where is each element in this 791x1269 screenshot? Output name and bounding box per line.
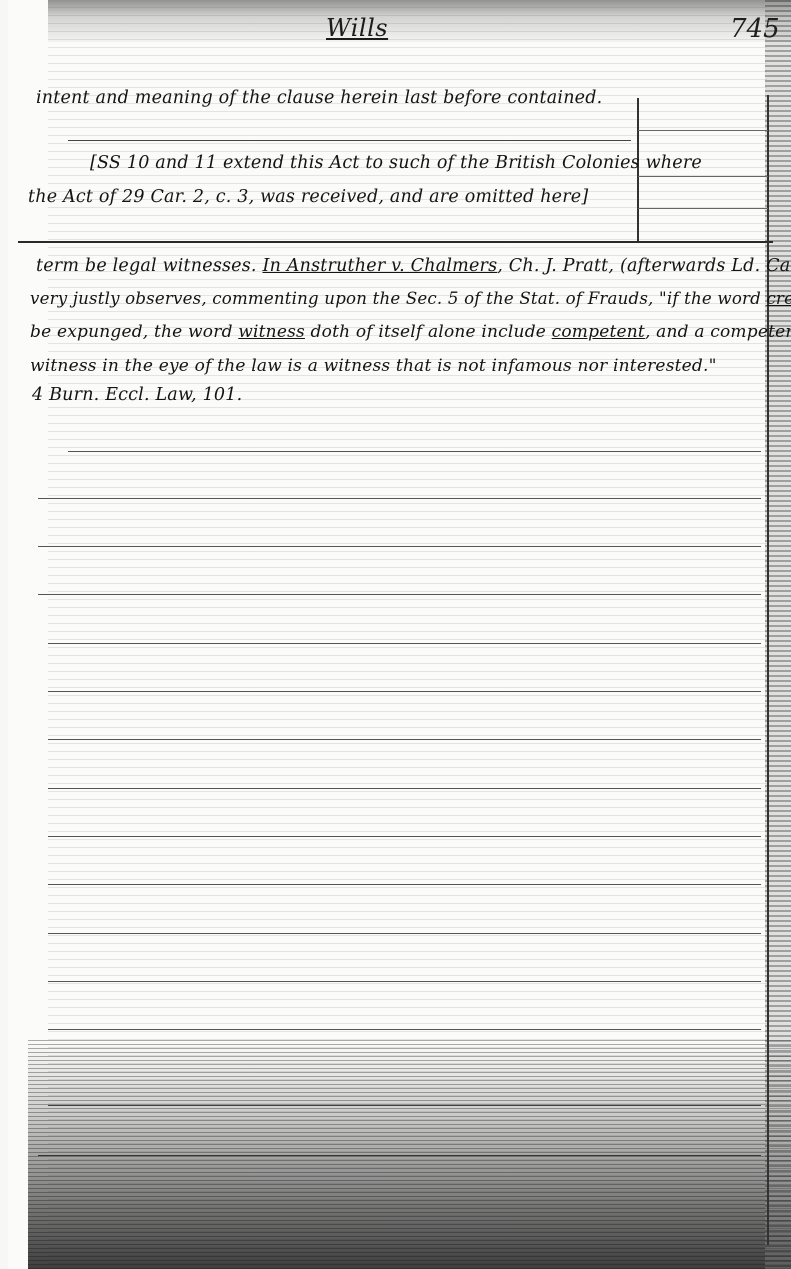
ruled-line bbox=[48, 981, 761, 982]
page-number: 745 bbox=[730, 14, 780, 44]
text-run: be expunged, the word bbox=[30, 322, 238, 342]
citation-line: 4 Burn. Eccl. Law, 101. bbox=[32, 385, 242, 405]
commentary-line: be expunged, the word witness doth of it… bbox=[30, 322, 791, 342]
text-run: , and a competent bbox=[645, 322, 791, 342]
ruled-line bbox=[48, 739, 761, 740]
emphasized-word: credible bbox=[766, 289, 791, 308]
section-divider bbox=[18, 241, 773, 243]
manuscript-page: Wills 745 intent and meaning of the clau… bbox=[8, 0, 791, 1269]
scan-noise-right-edge bbox=[765, 0, 791, 1269]
margin-ruled-line bbox=[638, 208, 768, 209]
ruled-line bbox=[68, 140, 631, 141]
page-header-title: Wills bbox=[326, 14, 388, 42]
ruled-line bbox=[48, 1029, 761, 1030]
margin-ruled-line bbox=[638, 176, 768, 177]
ruled-line bbox=[48, 788, 761, 789]
text-run: term be legal witnesses. bbox=[36, 256, 262, 276]
ruled-line bbox=[48, 1105, 761, 1106]
ruled-line bbox=[48, 884, 761, 885]
commentary-line: very justly observes, commenting upon th… bbox=[30, 289, 791, 308]
ruled-line bbox=[38, 546, 761, 547]
commentary-line: term be legal witnesses. In Anstruther v… bbox=[36, 256, 791, 276]
text-run: , Ch. J. Pratt, (afterwards Ld. Camden) bbox=[497, 256, 791, 276]
text-run: very justly observes, commenting upon th… bbox=[30, 289, 766, 308]
editorial-note-line: [SS 10 and 11 extend this Act to such of… bbox=[90, 153, 702, 173]
text-line: intent and meaning of the clause herein … bbox=[36, 88, 602, 108]
text-run: 4 Burn. Eccl. Law, 101. bbox=[32, 385, 242, 405]
ruled-line bbox=[68, 451, 761, 452]
case-citation: In Anstruther v. Chalmers bbox=[262, 256, 497, 276]
ruled-line bbox=[48, 836, 761, 837]
text-run: doth of itself alone include bbox=[305, 322, 552, 342]
margin-ruled-line bbox=[638, 130, 768, 131]
ruled-line bbox=[48, 933, 761, 934]
ruled-line bbox=[48, 643, 761, 644]
ruled-line bbox=[38, 498, 761, 499]
ruled-line bbox=[38, 1155, 761, 1156]
commentary-line: witness in the eye of the law is a witne… bbox=[30, 356, 717, 376]
text-run: witness in the eye of the law is a witne… bbox=[30, 356, 717, 376]
scan-noise-top bbox=[48, 0, 791, 42]
ruled-line bbox=[38, 594, 761, 595]
editorial-note-line: the Act of 29 Car. 2, c. 3, was received… bbox=[28, 187, 588, 207]
emphasized-word: witness bbox=[238, 322, 305, 342]
ruled-line bbox=[48, 691, 761, 692]
emphasized-word: competent bbox=[552, 322, 645, 342]
